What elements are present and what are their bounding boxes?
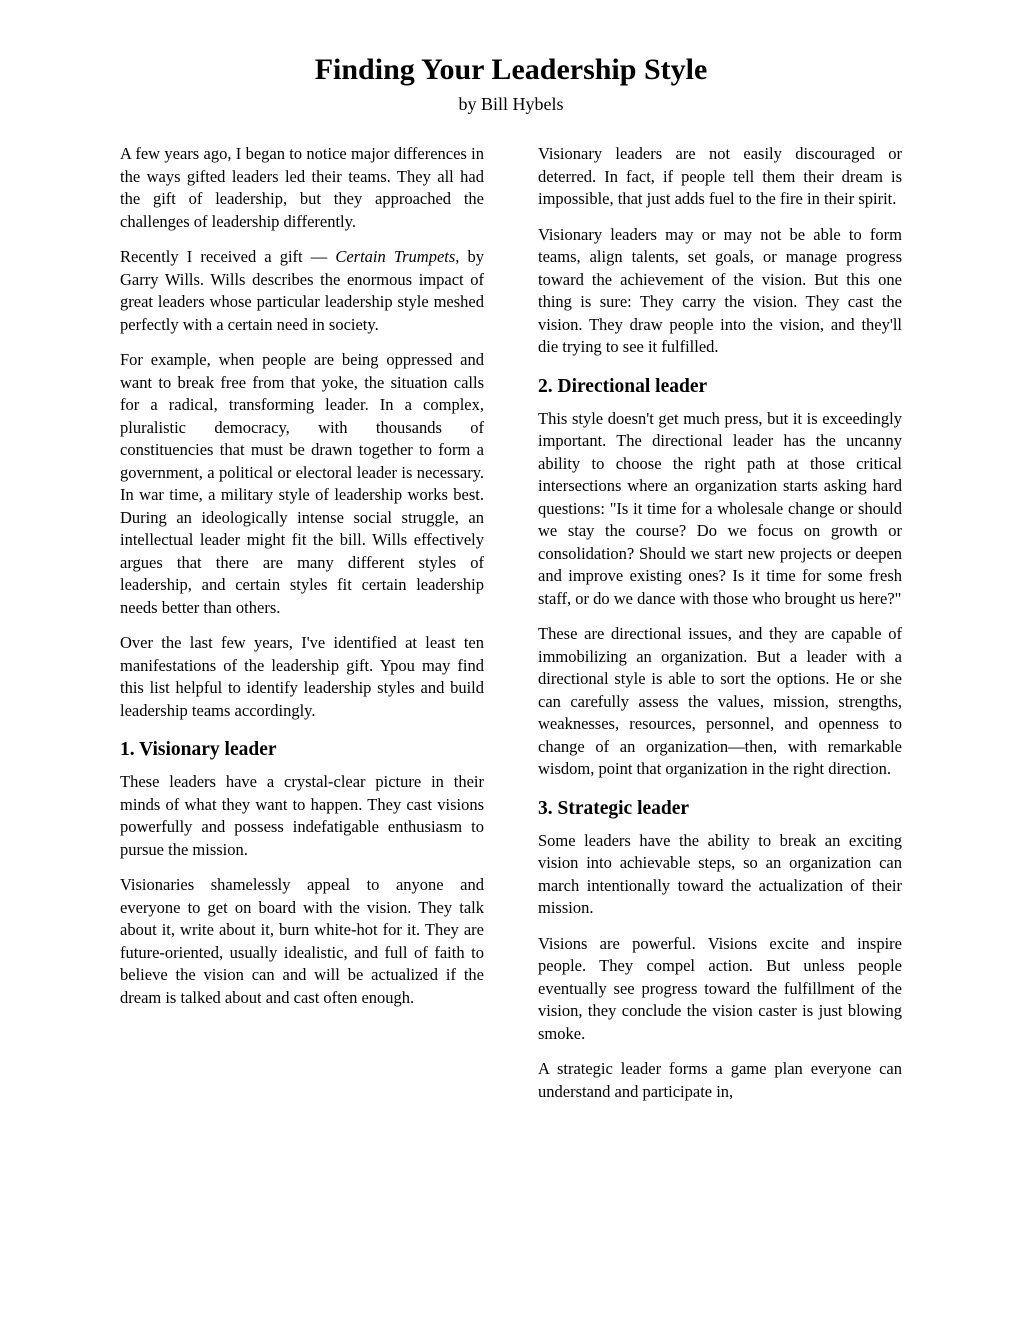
document-title: Finding Your Leadership Style (120, 52, 902, 88)
section-heading: 3. Strategic leader (538, 797, 902, 821)
text-run: 3. Strategic leader (538, 798, 689, 819)
text-run: This style doesn't get much press, but i… (538, 409, 902, 608)
text-run: Some leaders have the ability to break a… (538, 831, 902, 918)
text-run: For example, when people are being oppre… (120, 350, 484, 617)
paragraph: Visionary leaders may or may not be able… (538, 224, 902, 359)
paragraph: Visionary leaders are not easily discour… (538, 143, 902, 211)
paragraph: Visionaries shamelessly appeal to anyone… (120, 874, 484, 1009)
paragraph: Over the last few years, I've identified… (120, 632, 484, 722)
text-run: A strategic leader forms a game plan eve… (538, 1059, 902, 1101)
text-run: Visionaries shamelessly appeal to anyone… (120, 875, 484, 1007)
paragraph: Recently I received a gift — Certain Tru… (120, 246, 484, 336)
text-run: These are directional issues, and they a… (538, 624, 902, 778)
text-run: Visionary leaders are not easily discour… (538, 144, 902, 208)
text-run: 2. Directional leader (538, 376, 707, 397)
paragraph: This style doesn't get much press, but i… (538, 408, 902, 611)
paragraph: A strategic leader forms a game plan eve… (538, 1058, 902, 1103)
text-run: Recently I received a gift — (120, 247, 335, 266)
paragraph: Visions are powerful. Visions excite and… (538, 933, 902, 1046)
paragraph: For example, when people are being oppre… (120, 349, 484, 619)
paragraph: These leaders have a crystal-clear pictu… (120, 771, 484, 861)
text-run: These leaders have a crystal-clear pictu… (120, 772, 484, 859)
italic-text: Certain Trumpets (335, 247, 455, 266)
two-column-layout: A few years ago, I began to notice major… (120, 143, 902, 1116)
left-column: A few years ago, I began to notice major… (120, 143, 484, 1116)
text-run: Over the last few years, I've identified… (120, 633, 484, 720)
text-run: Visionary leaders may or may not be able… (538, 225, 902, 357)
text-run: Visions are powerful. Visions excite and… (538, 934, 902, 1043)
document-byline: by Bill Hybels (120, 93, 902, 116)
section-heading: 1. Visionary leader (120, 738, 484, 762)
document-page: Finding Your Leadership Style by Bill Hy… (0, 0, 1020, 1320)
section-heading: 2. Directional leader (538, 375, 902, 399)
right-column: Visionary leaders are not easily discour… (538, 143, 902, 1116)
paragraph: These are directional issues, and they a… (538, 623, 902, 781)
paragraph: A few years ago, I began to notice major… (120, 143, 484, 233)
text-run: 1. Visionary leader (120, 739, 277, 760)
paragraph: Some leaders have the ability to break a… (538, 830, 902, 920)
text-run: A few years ago, I began to notice major… (120, 144, 484, 231)
